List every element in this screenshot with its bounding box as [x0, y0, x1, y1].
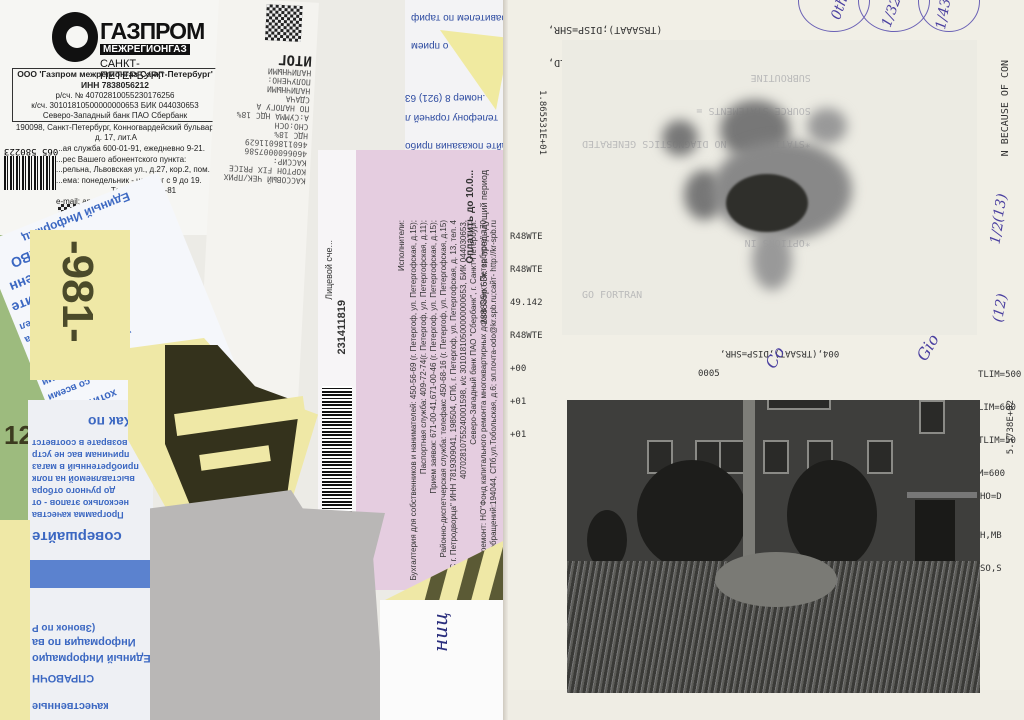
executor-line: Письмо обращений:194044, СПб,ул.Тобольск…: [489, 220, 498, 580]
faded-printout-line: GO FORTRAN: [582, 290, 642, 301]
birch-trunk: [743, 400, 755, 560]
notice-line: телефону горячей л: [405, 112, 498, 123]
bank-name: Северо-Западный банк ПАО Сбербанк: [13, 111, 217, 121]
bank-account: р/сч. № 40702810055230176256: [13, 91, 217, 101]
building-window: [763, 440, 789, 474]
text-line: (TRSAAAT);DISP=SHR,: [548, 24, 662, 35]
text-line: причинам вас не устр: [32, 450, 129, 460]
building-window: [867, 440, 893, 474]
receipt-text: КАССОВЫЙ ЧЕК/ПРИХ КОРТОН FIX PRICE КАССИ…: [215, 48, 312, 186]
printout-right-codes: HO=D H,MB SO,S: [980, 470, 1002, 597]
contact-line: ...рес Вашего абонентского пункта:: [56, 155, 231, 166]
contact-line: ...ая служба 600-01-91, ежедневно 9-21.: [56, 144, 231, 155]
text-line: R48WTE: [510, 265, 543, 276]
text-line: TLIM=500: [978, 370, 1021, 381]
gazprom-requisites: ООО 'Газпром межрегионгаз Санкт-Петербур…: [12, 68, 218, 122]
receipt-qr-code: [265, 4, 303, 42]
gazprom-flame-icon: [52, 12, 98, 62]
ink-blob-core: [726, 174, 808, 232]
yellow-edge-scrap: [0, 520, 30, 720]
text-line: ООО 'Газпром межрегионгаз Санкт-Петербур…: [13, 69, 217, 80]
executor-line: На кап.ремонт: НО"Фонд капитального ремо…: [479, 220, 488, 579]
text-line: Как по: [88, 414, 132, 430]
contact-line: ...рельна, Львовская ул., д.27, кор.2, п…: [56, 165, 231, 176]
company-name: ООО 'Газпром межрегионгаз Санкт-Петербур…: [17, 69, 213, 79]
boulder: [715, 552, 837, 607]
text-line: СПРАВОЧН: [32, 672, 94, 684]
text-line: возврате в соответст: [32, 438, 127, 448]
printout-left-values: R48WTE R48WTE 49.142 R48WTE +00 +01 +01: [510, 210, 543, 463]
handwritten-mark: Gio: [913, 331, 943, 364]
executor-line: Северо-Западный банк ПАО "Сбербанк", г. …: [469, 220, 478, 445]
blue-band: [28, 560, 153, 588]
text-line: 49.142: [510, 298, 543, 309]
text-line: HO=D: [980, 492, 1002, 503]
building-window: [767, 400, 831, 410]
text-line: +01: [510, 397, 543, 408]
text-line: Единый Информацио: [32, 652, 151, 664]
inn: ИНН 7838056212: [81, 80, 149, 90]
text-line: R48WTE: [510, 331, 543, 342]
text-line: +00: [510, 364, 543, 375]
notice-line: о прием: [411, 40, 448, 51]
photo-boulder-yard: [567, 400, 980, 693]
entrance-door: [915, 500, 955, 565]
executor-line: 40702810755240001598, к/с 30101810500000…: [459, 220, 468, 479]
text-line: совершайте: [32, 528, 122, 545]
printout-bottom-strip: [508, 690, 1024, 720]
text-line: Программа качества: [32, 510, 124, 520]
grey-tissue-paper: [150, 490, 385, 720]
text-line: Информация по ва: [32, 636, 136, 648]
left-page: 12 ГАЗПРОМ МЕЖРЕГИОНГАЗ САНКТ-ПЕТЕРБУРГ …: [0, 0, 510, 720]
account-strip: Лицевой сче... 231411819: [318, 150, 356, 530]
text-line: 5.5738E+02: [1006, 400, 1017, 454]
gazprom-title: ГАЗПРОМ: [100, 18, 204, 45]
text-line: 1.865531E+01: [536, 90, 547, 155]
text-line: (Звонок по Р: [32, 622, 95, 633]
text-line: SUBROUTINE: [582, 72, 811, 83]
text-line: 0005: [698, 369, 839, 380]
notice-line: ...номер 8 (921) 63: [405, 92, 491, 103]
gazprom-logo: ГАЗПРОМ МЕЖРЕГИОНГАЗ САНКТ-ПЕТЕРБУРГ: [52, 6, 182, 66]
text-line: качественные: [32, 700, 109, 712]
executors-title: Исполнители:: [397, 220, 406, 271]
account-number: 231411819: [336, 300, 348, 354]
handwritten-mark: 1/2: [987, 221, 1007, 246]
gazprom-address: 190098, Санкт-Петербург, Конногвардейски…: [14, 123, 218, 143]
account-barcode: [322, 386, 352, 526]
handwritten-mark: (12): [990, 292, 1011, 323]
tree: [637, 460, 747, 570]
building-window: [919, 400, 945, 434]
handwritten-mark: (13): [990, 192, 1011, 223]
ink-blob: [807, 108, 847, 144]
executor-line: ЖКС г. Петродворца" ИНН 7819309041, 1985…: [449, 220, 458, 581]
photo-ink-blot: *OPTIONS IN *OPTIONS IN *STATISTICS* *ST…: [562, 40, 977, 335]
yellow-number: -981-: [52, 240, 102, 343]
text-line: приобретенный в магаз: [32, 462, 139, 472]
account-label: Лицевой сче...: [324, 240, 334, 300]
printout-right-values: 5.5738E+02 5.847E+02 7.072E+01: [984, 400, 1024, 454]
ink-blob: [752, 230, 792, 290]
text-line: ИНН 7838056212: [13, 80, 217, 91]
executor-line: Паспортная служба: 409-72-74(г. Петергоф…: [419, 220, 428, 474]
handwritten-note: ниц: [380, 600, 505, 720]
barcode: [4, 152, 56, 190]
executor-line: Прием заявок: 671-00-41,671-00-46 (г. Пе…: [429, 220, 438, 494]
ink-blob: [662, 120, 698, 156]
text-line: R48WTE: [510, 232, 543, 243]
executor-line: Районно-диспетчерская служба: телефакс 4…: [439, 220, 448, 558]
text-line: SO,S: [980, 564, 1002, 575]
entrance-canopy: [907, 492, 977, 498]
text-line: N BECAUSE OF CON: [1000, 60, 1011, 156]
text-line: +01: [510, 430, 543, 441]
text-line: H,MB: [980, 531, 1002, 542]
text-line: несколько этапов - от: [32, 498, 129, 508]
gazprom-subtitle: МЕЖРЕГИОНГАЗ: [100, 44, 190, 55]
corr-account: к/сч. 30101810500000000653 БИК 044030653: [13, 101, 217, 111]
text-line: до ручного отбора: [32, 486, 115, 496]
yellow-number-scrap: -981-: [30, 230, 130, 380]
executor-line: Бухгалтерия для собственников и нанимате…: [409, 220, 418, 581]
text-line: выставляемой на полк: [32, 474, 135, 484]
printout-right-vertical: N BECAUSE OF CON OMIN = CPU: [978, 60, 1024, 156]
handwritten-text: ниц: [428, 612, 452, 652]
notice-line: ...правителем по тариф: [411, 12, 510, 23]
barcode-number: 065 580223: [4, 146, 58, 156]
